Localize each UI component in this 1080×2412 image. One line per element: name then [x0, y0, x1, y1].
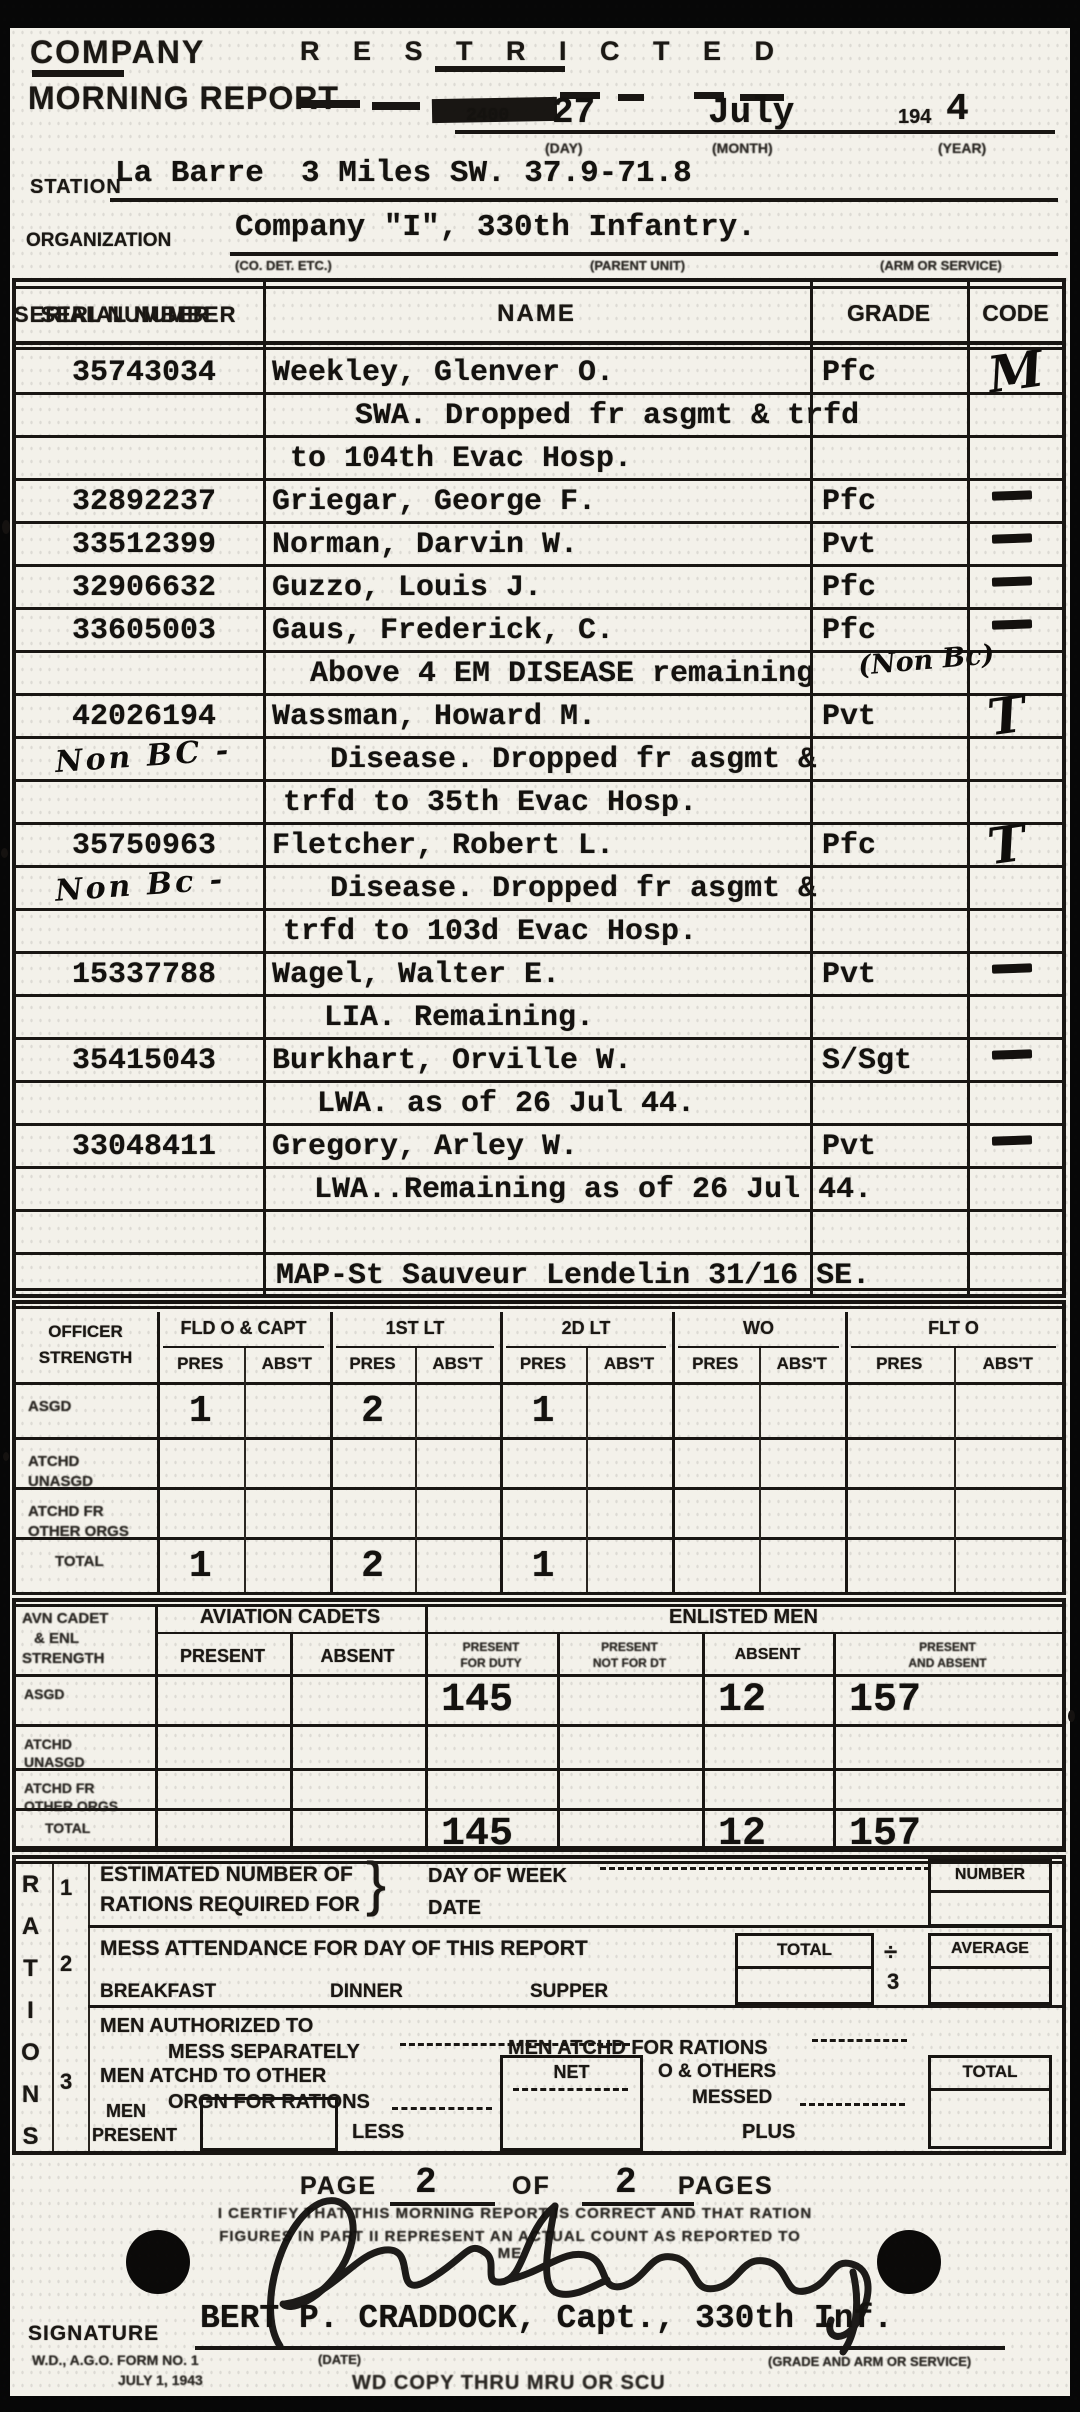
scan-speck [2, 520, 10, 534]
roster-name: Norman, Darvin W. [272, 528, 578, 562]
line [12, 1437, 1066, 1440]
roster-name: Guzzo, Louis J. [272, 571, 542, 605]
officer-cell-value: 1 [157, 1390, 244, 1433]
form-title-line2: MORNING REPORT [28, 80, 339, 117]
column-line [290, 1632, 293, 1846]
officer-row-label: ATCHD [28, 1453, 79, 1470]
signature-typed-name: BERT P. CRADDOCK, Capt., 330th Inf. [200, 2300, 893, 2337]
roster-hand-annotation: Non Bc - [54, 862, 226, 909]
roster-serial: 35415043 [72, 1044, 216, 1078]
subcolumn-line [415, 1348, 417, 1592]
officer-row-label: ATCHD FR [28, 1503, 104, 1520]
line [12, 1300, 1066, 1304]
enlisted-cell-value: 12 [718, 1678, 766, 1723]
officer-cell-value: 1 [500, 1390, 586, 1433]
line [12, 1598, 16, 1846]
column-line [672, 1312, 675, 1592]
supper-label: SUPPER [530, 1981, 608, 2003]
roster-name: to 104th Evac Hosp. [290, 442, 632, 476]
mess-attendance-label: MESS ATTENDANCE FOR DAY OF THIS REPORT [100, 1937, 588, 1961]
divide-sign: ÷ [884, 1939, 897, 1967]
line [12, 1808, 1066, 1811]
officer-cell-value: 1 [500, 1545, 586, 1588]
roster-serial: 35750963 [72, 829, 216, 863]
day-label: (DAY) [545, 140, 583, 156]
rations-vertical-label: RATIONS [16, 1871, 44, 2149]
roster-code-mark [992, 533, 1032, 543]
roster-serial: 32906632 [72, 571, 216, 605]
men-present-box [200, 2097, 338, 2151]
roster-serial: 35743034 [72, 356, 216, 390]
number-box-label: NUMBER [931, 1866, 1049, 1884]
roster-name: trfd to 103d Evac Hosp. [283, 915, 697, 949]
column-line [845, 1312, 848, 1592]
roster-serial: 32892237 [72, 485, 216, 519]
orgn-blank [392, 2107, 492, 2110]
roster-name: Burkhart, Orville W. [272, 1044, 632, 1078]
line [1062, 1598, 1066, 1846]
roster-code-mark [992, 1135, 1032, 1145]
enlisted-sub-header: PRESENT [557, 1640, 702, 1654]
roster-name: Weekley, Glenver O. [272, 356, 614, 390]
roster-row: 35415043Burkhart, Orville W.S/Sgt [0, 1040, 1080, 1083]
enlisted-row-label: ATCHD FR [24, 1780, 95, 1796]
report-year-digit: 4 [946, 88, 969, 131]
pres-header: PRES [845, 1354, 954, 1374]
men-atchd-other-label: MEN ATCHD TO OTHER [100, 2065, 326, 2088]
roster-name: Fletcher, Robert L. [272, 829, 614, 863]
station-label: STATION [30, 176, 122, 199]
roster-row: 15337788Wagel, Walter E.Pvt [0, 954, 1080, 997]
rations-brace: } [366, 1849, 386, 1918]
roster-name: Above 4 EM DISEASE remaining [310, 657, 814, 691]
pres-header: PRES [157, 1354, 244, 1374]
plus-label: PLUS [742, 2121, 795, 2144]
day-of-week-blank [600, 1867, 930, 1870]
scan-edge-top [0, 0, 1080, 28]
line [1062, 1300, 1066, 1592]
roster-row: Non Bc -Disease. Dropped fr asgmt & [0, 868, 1080, 911]
roster-grade: Pfc [822, 614, 876, 648]
roster-row: Non BC -Disease. Dropped fr asgmt & [0, 739, 1080, 782]
rations-row1-label1: ESTIMATED NUMBER OF [100, 1863, 353, 1887]
enlisted-title: STRENGTH [22, 1650, 105, 1667]
o-and-others-label: O & OTHERS [658, 2061, 776, 2083]
roster-code-mark [992, 1049, 1032, 1059]
rations-section: RATIONS 1 2 3 ESTIMATED NUMBER OF RATION… [0, 1855, 1080, 2157]
morning-report-scan: COMPANY MORNING REPORT R E S T R I C T E… [0, 0, 1080, 2412]
roster-name: trfd to 35th Evac Hosp. [283, 786, 697, 820]
messed-blank [800, 2103, 905, 2106]
officer-group-header: FLD O & CAPT [157, 1318, 330, 1339]
roster-row [0, 1212, 1080, 1255]
organization-blank-line [230, 252, 1058, 256]
officer-group-header: FLT O [845, 1318, 1062, 1339]
enlisted-cell-value: 157 [849, 1678, 921, 1723]
enlisted-title: & ENL [34, 1630, 79, 1647]
line [12, 1382, 1066, 1385]
officer-group-header: 1ST LT [330, 1318, 500, 1339]
roster-serial: 33048411 [72, 1130, 216, 1164]
officer-title: OFFICER [14, 1322, 157, 1342]
date-blank-line [455, 130, 1055, 134]
scan-edge-bottom [0, 2396, 1080, 2412]
subcolumn-line [759, 1348, 761, 1592]
form-number-line1: W.D., A.G.O. FORM NO. 1 [32, 2352, 199, 2368]
roster-code-mark: T [984, 684, 1029, 748]
line [12, 1537, 1066, 1540]
mess-total-label: TOTAL [738, 1940, 871, 1960]
officer-strength-table: OFFICERSTRENGTHFLD O & CAPTPRESABS'T1ST … [0, 1300, 1080, 1598]
restricted-underline [435, 66, 565, 72]
report-day: 27 [552, 92, 595, 133]
dinner-label: DINNER [330, 1981, 403, 2003]
mess-total-box: TOTAL [735, 1933, 874, 2005]
scratch-mark [300, 100, 360, 108]
roster-row: 33048411Gregory, Arley W.Pvt [0, 1126, 1080, 1169]
title-strike-mark [32, 70, 124, 77]
roster-grade: Pvt [822, 528, 876, 562]
enlisted-title: AVN CADET [22, 1610, 108, 1627]
roster-row: 42026194Wassman, Howard M.PvtT [0, 696, 1080, 739]
column-line [500, 1312, 503, 1592]
roster-row: LWA. as of 26 Jul 44. [0, 1083, 1080, 1126]
org-sublabel-3: (ARM OR SERVICE) [880, 258, 1002, 273]
present-label: PRESENT [92, 2125, 177, 2146]
rations-item-2: 2 [60, 1951, 72, 1977]
mess-separately-label: MESS SEPARATELY [168, 2041, 360, 2064]
rations-total-label: TOTAL [931, 2062, 1049, 2082]
roster-serial: 33512399 [72, 528, 216, 562]
line [12, 1848, 1066, 1852]
form-title-line1: COMPANY [30, 34, 205, 71]
year-prefix: 194 [898, 106, 931, 129]
number-box: NUMBER [928, 1859, 1052, 1927]
officer-group-header: 2D LT [500, 1318, 672, 1339]
roster-row: MAP-St Sauveur Lendelin 31/16 SE. [0, 1255, 1080, 1298]
enlisted-sub-header: ABSENT [290, 1646, 425, 1667]
line [12, 1300, 16, 1592]
roster-grade: Pvt [822, 700, 876, 734]
aviation-cadets-header: AVIATION CADETS [155, 1606, 425, 1629]
enlisted-sub-header: NOT FOR DT [557, 1656, 702, 1670]
column-line [155, 1604, 158, 1846]
average-box-label: AVERAGE [931, 1940, 1049, 1958]
roster-serial: 42026194 [72, 700, 216, 734]
roster-row: 33512399Norman, Darvin W.Pvt [0, 524, 1080, 567]
net-box-label: NET [503, 2062, 640, 2083]
enlisted-sub-header: ABSENT [702, 1646, 833, 1664]
roster-row: trfd to 103d Evac Hosp. [0, 911, 1080, 954]
roster-hand-annotation: Non BC - [54, 733, 232, 780]
roster-code-mark [992, 576, 1032, 586]
abst-header: ABS'T [244, 1354, 331, 1374]
enlisted-sub-header: PRESENT [425, 1640, 557, 1654]
roster-grade: Pvt [822, 958, 876, 992]
officer-group-header: WO [672, 1318, 845, 1339]
enlisted-sub-header: AND ABSENT [833, 1656, 1062, 1670]
officer-cell-value: 1 [157, 1545, 244, 1588]
roster-row: 32892237Griegar, George F.Pfc [0, 481, 1080, 524]
punch-hole-left [126, 2230, 190, 2294]
line [12, 1674, 1066, 1677]
roster-name: Disease. Dropped fr asgmt & [330, 743, 816, 777]
roster-grade: Pfc [822, 356, 876, 390]
column-line [702, 1632, 705, 1846]
roster-code-mark [992, 619, 1032, 629]
scratch-mark [618, 94, 644, 101]
scratch-mark [372, 102, 420, 110]
enlisted-men-header: ENLISTED MEN [425, 1606, 1062, 1629]
officer-title: STRENGTH [14, 1348, 157, 1368]
roster-row: 35743034Weekley, Glenver O.PfcM [0, 352, 1080, 395]
year-label: (YEAR) [938, 140, 986, 156]
roster-grade: Pfc [822, 571, 876, 605]
roster-name: LWA..Remaining as of 26 Jul 44. [314, 1173, 872, 1207]
date-label: (DATE) [318, 2352, 361, 2367]
roster-row: trfd to 35th Evac Hosp. [0, 782, 1080, 825]
day-of-week-label: DAY OF WEEK [428, 1865, 567, 1888]
men-label: MEN [106, 2101, 146, 2122]
officer-row-label: ASGD [28, 1398, 71, 1415]
messed-label: MESSED [692, 2087, 772, 2109]
officer-row-label: TOTAL [55, 1553, 104, 1570]
rations-item-3: 3 [60, 2069, 72, 2095]
report-month: July [708, 92, 794, 133]
column-line [425, 1604, 428, 1846]
abst-header: ABS'T [586, 1354, 672, 1374]
station-blank-line [110, 198, 1058, 202]
grade-service-label: (GRADE AND ARM OR SERVICE) [768, 2354, 971, 2369]
rations-item-1: 1 [60, 1875, 72, 1901]
subcolumn-line [954, 1348, 956, 1592]
net-box: NET [500, 2055, 643, 2151]
roster-row: to 104th Evac Hosp. [0, 438, 1080, 481]
line [12, 1487, 1066, 1490]
roster-row: 32906632Guzzo, Louis J.Pfc [0, 567, 1080, 610]
line [12, 1306, 1066, 1309]
roster-name: LWA. as of 26 Jul 44. [317, 1087, 695, 1121]
enlisted-row-label: ASGD [24, 1686, 64, 1702]
roster-name: LIA. Remaining. [324, 1001, 594, 1035]
abst-header: ABS'T [759, 1354, 846, 1374]
roster-grade: Pvt [822, 1130, 876, 1164]
line [12, 1768, 1066, 1771]
copy-note: WD COPY THRU MRU OR SCU [352, 2372, 666, 2395]
pres-header: PRES [330, 1354, 415, 1374]
month-label: (MONTH) [712, 140, 773, 156]
enlisted-sub-header: PRESENT [833, 1640, 1062, 1654]
men-authorized-label: MEN AUTHORIZED TO [100, 2015, 313, 2038]
roster-row: Above 4 EM DISEASE remaining(Non Bc) [0, 653, 1080, 696]
roster-name: Wassman, Howard M. [272, 700, 596, 734]
organization-label: ORGANIZATION [26, 230, 171, 252]
rations-row1-label2: RATIONS REQUIRED FOR [100, 1893, 360, 1917]
roster-serial: 15337788 [72, 958, 216, 992]
station-value: La Barre 3 Miles SW. 37.9-71.8 [115, 156, 692, 191]
officer-cell-value: 2 [330, 1545, 415, 1588]
org-sublabel-1: (CO. DET. ETC.) [235, 258, 332, 273]
subcolumn-line [244, 1348, 246, 1592]
roster-code-mark [992, 490, 1032, 500]
enlisted-sub-header: FOR DUTY [425, 1656, 557, 1670]
scan-speck [1068, 1710, 1075, 1722]
roster-grade: S/Sgt [822, 1044, 912, 1078]
less-label: LESS [352, 2121, 404, 2144]
org-sublabel-2: (PARENT UNIT) [590, 258, 685, 273]
organization-value: Company "I", 330th Infantry. [235, 210, 756, 245]
roster-name: Disease. Dropped fr asgmt & [330, 872, 816, 906]
roster-name: SWA. Dropped fr asgmt & trfd [355, 399, 859, 433]
restricted-stamp: R E S T R I C T E D [300, 36, 787, 67]
column-line [330, 1312, 333, 1592]
column-line [557, 1632, 560, 1846]
enlisted-sub-header: PRESENT [155, 1646, 290, 1667]
pres-header: PRES [672, 1354, 759, 1374]
scan-speck [3, 1452, 9, 1461]
roster-serial: 33605003 [72, 614, 216, 648]
report-time: 2400 [466, 106, 509, 126]
abst-header: ABS'T [954, 1354, 1063, 1374]
roster-table: SERIAL NUMBER SERIAL NUMBER NAME GRADE C… [0, 278, 1080, 1298]
signature-label: SIGNATURE [28, 2322, 159, 2346]
roster-row: LWA..Remaining as of 26 Jul 44. [0, 1169, 1080, 1212]
men-atchd-blank [812, 2039, 907, 2042]
roster-name: Gregory, Arley W. [272, 1130, 578, 1164]
roster-row: 35750963Fletcher, Robert L.PfcT [0, 825, 1080, 868]
line [12, 1592, 1066, 1595]
roster-row: SWA. Dropped fr asgmt & trfd [0, 395, 1080, 438]
scan-speck [1, 848, 8, 858]
line [12, 1598, 1066, 1602]
enlisted-cell-value: 145 [441, 1678, 513, 1723]
form-number-line2: JULY 1, 1943 [118, 2372, 203, 2388]
column-line [833, 1632, 836, 1846]
column-line [157, 1312, 160, 1592]
enlisted-row-label: TOTAL [45, 1820, 90, 1836]
breakfast-label: BREAKFAST [100, 1981, 216, 2003]
line [12, 1724, 1066, 1727]
roster-row: LIA. Remaining. [0, 997, 1080, 1040]
enlisted-row-label: OTHER ORGS [24, 1798, 118, 1814]
pres-header: PRES [500, 1354, 586, 1374]
roster-grade: Pfc [822, 485, 876, 519]
abst-header: ABS'T [415, 1354, 500, 1374]
enlisted-strength-table: AVN CADET& ENLSTRENGTHAVIATION CADETSENL… [0, 1598, 1080, 1854]
roster-code-mark: T [984, 813, 1029, 877]
average-box: AVERAGE [928, 1933, 1052, 2005]
officer-cell-value: 2 [330, 1390, 415, 1433]
enlisted-row-label: ATCHD [24, 1736, 72, 1752]
roster-name: Gaus, Frederick, C. [272, 614, 614, 648]
rations-total-box: TOTAL [928, 2055, 1052, 2149]
divide-by-3: 3 [887, 1969, 899, 1995]
roster-name: Wagel, Walter E. [272, 958, 560, 992]
roster-code-mark [992, 963, 1032, 973]
roster-name: Griegar, George F. [272, 485, 596, 519]
roster-grade: Pfc [822, 829, 876, 863]
subcolumn-line [586, 1348, 588, 1592]
rations-date-label: DATE [428, 1897, 481, 1920]
